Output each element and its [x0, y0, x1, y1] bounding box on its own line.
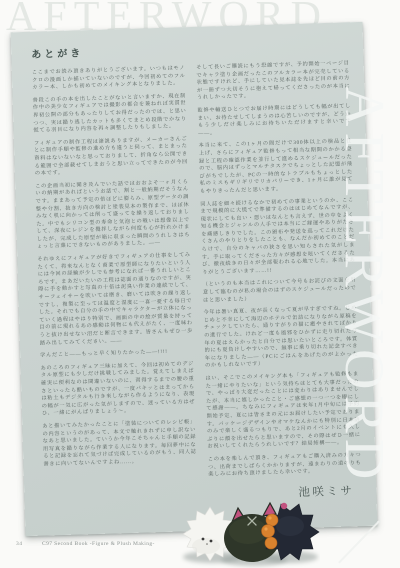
afterword-ghost-side-lettering: AFTERWORD: [336, 86, 392, 485]
paragraph: あのころのフィギュア三昧に加えて、今回は初めてのデジタル原型にも少しだけ挑戦して…: [40, 361, 195, 419]
black-plush-pink-tuft: [281, 503, 287, 509]
white-plush-eye: [210, 540, 213, 543]
paragraph: あと描いてみたかったことに「塗装についてのレシピ帳」の内容というのがあって、本文…: [42, 419, 197, 469]
paragraph: 学んだこと——もっと早く知りたかった——!!!!: [40, 348, 194, 360]
book-page-photo: AFTERWORD あとがき ここまでお読み頂きありがとうございます。いつもはモ…: [0, 0, 400, 568]
paragraph: それゆえにフィギュアが好きでフィギュアの仕事をしてみたくて、将来なんとなく商業で…: [37, 252, 193, 348]
paragraph: 本当に来て、この1ヶ月の間だけで300体以上の検品と仕上げ、さらにフィギュア監修…: [198, 139, 353, 197]
paragraph: ここまでお読み頂きありがとうございます。いつもはモノクロの漫画しか描いていないの…: [32, 65, 186, 92]
paragraph: この企画当初に聞き及んでいた話ではおおよそ一ヶ月くらいの納期があればというお話で…: [35, 179, 190, 252]
paper-page: あとがき ここまでお読み頂きありがとうございます。いつもはモノクロの漫画しか描い…: [11, 22, 378, 536]
plush-characters: [180, 494, 320, 568]
afterword-body: ここまでお読み頂きありがとうございます。いつもはモノクロの漫画しか描いていないの…: [32, 60, 363, 507]
page-number: 34: [16, 541, 23, 547]
paragraph: そして長いご購読にもう恐縮ですが、予約開始一ページ目でキャラ塗り企画だったこのフ…: [196, 60, 351, 103]
book-title: C97 Second Book -Figure & Plush Making-: [42, 541, 155, 547]
paragraph: 監修や輸送ひとつでお届け時期にはどうしても幅が出てしまい、お待たせしてしまうのは…: [197, 103, 351, 138]
paragraph: フィギュアの制作工程は諸説ありますが、メーカーさんごとに制作手順や監修の進め方も…: [34, 136, 189, 179]
left-column: ここまでお読み頂きありがとうございます。いつもはモノクロの漫画しか描いていないの…: [32, 65, 198, 507]
paragraph: 普段この手の本を出したことがないと言いますか、現在制作中の美少女フィギュアでは撮…: [33, 93, 188, 136]
afterword-heading: あとがき: [31, 36, 363, 61]
white-plush-eye: [202, 538, 205, 541]
